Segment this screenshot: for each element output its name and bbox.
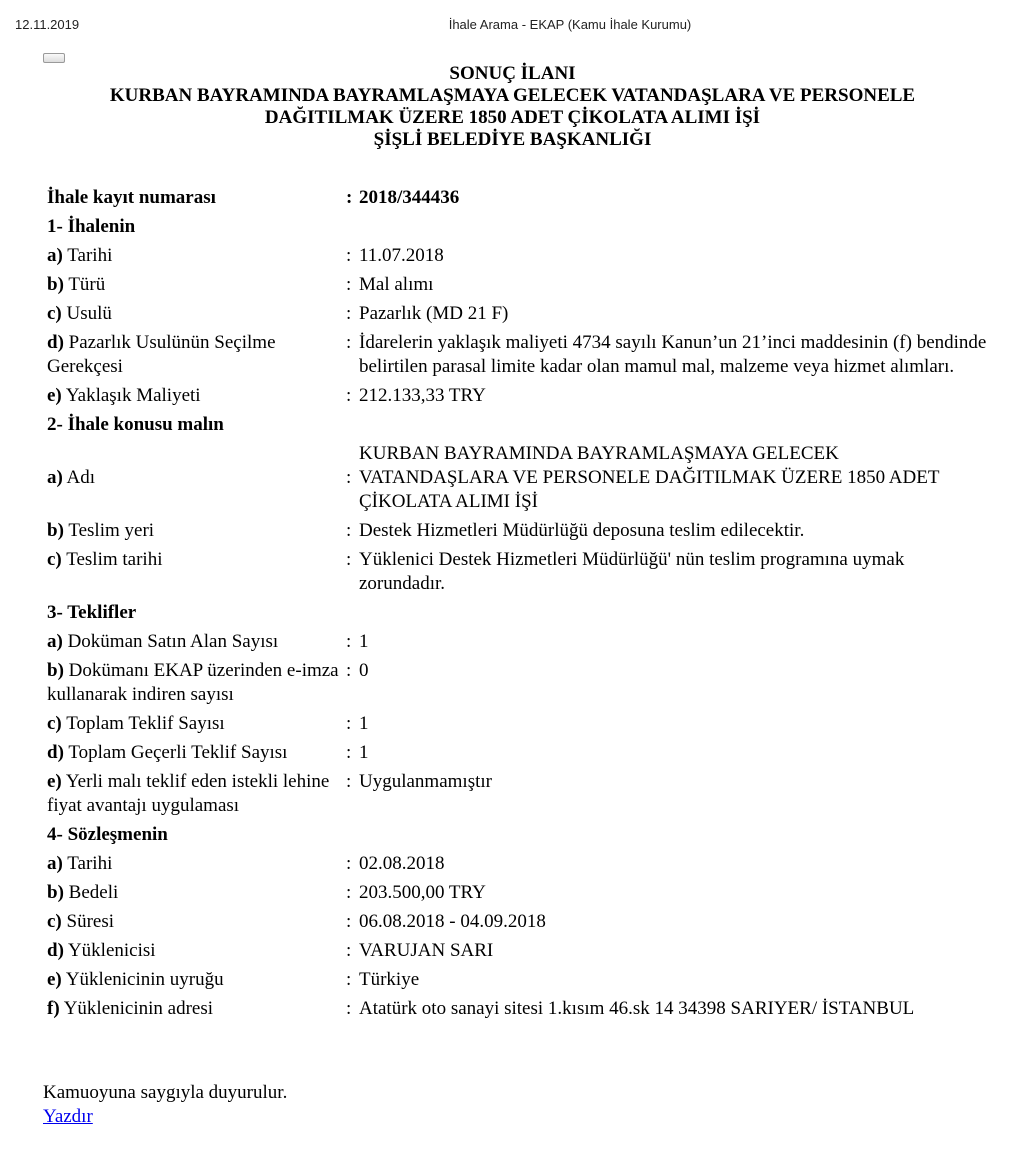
- field-label: a) Doküman Satın Alan Sayısı: [47, 630, 346, 654]
- colon: :: [346, 302, 359, 326]
- colon: :: [346, 519, 359, 543]
- colon: :: [346, 741, 359, 765]
- field-row: d) Toplam Geçerli Teklif Sayısı:1: [47, 741, 987, 765]
- field-letter: d): [47, 940, 64, 961]
- field-letter: e): [47, 771, 62, 792]
- section-heading: 2- İhale konusu malın: [47, 413, 987, 437]
- field-letter: a): [47, 467, 63, 488]
- field-label-text: Tarihi: [67, 853, 112, 874]
- field-letter: b): [47, 520, 64, 541]
- field-row: a) Tarihi:02.08.2018: [47, 852, 987, 876]
- field-letter: c): [47, 713, 62, 734]
- field-value: VARUJAN SARI: [359, 939, 987, 963]
- section-heading: 3- Teklifler: [47, 601, 987, 625]
- collapse-toggle-button[interactable]: [43, 53, 65, 63]
- field-value: 212.133,33 TRY: [359, 384, 987, 408]
- registry-label: İhale kayıt numarası: [47, 186, 346, 210]
- field-row: d) Pazarlık Usulünün Seçilme Gerekçesi:İ…: [47, 331, 987, 379]
- field-label-text: Toplam Teklif Sayısı: [66, 713, 224, 734]
- field-value: 06.08.2018 - 04.09.2018: [359, 910, 987, 934]
- title-line-4: ŞİŞLİ BELEDİYE BAŞKANLIĞI: [0, 129, 1025, 151]
- field-row: e) Yüklenicinin uyruğu:Türkiye: [47, 968, 987, 992]
- announcement-title: SONUÇ İLANI KURBAN BAYRAMINDA BAYRAMLAŞM…: [0, 63, 1025, 151]
- field-letter: c): [47, 549, 62, 570]
- field-value: KURBAN BAYRAMINDA BAYRAMLAŞMAYA GELECEK …: [359, 442, 987, 514]
- field-label: d) Pazarlık Usulünün Seçilme Gerekçesi: [47, 331, 346, 379]
- field-value: Atatürk oto sanayi sitesi 1.kısım 46.sk …: [359, 997, 987, 1021]
- section-heading: 4- Sözleşmenin: [47, 823, 987, 847]
- field-row: c) Teslim tarihi:Yüklenici Destek Hizmet…: [47, 548, 987, 596]
- field-row: c) Usulü:Pazarlık (MD 21 F): [47, 302, 987, 326]
- field-label: c) Teslim tarihi: [47, 548, 346, 596]
- print-page-title: İhale Arama - EKAP (Kamu İhale Kurumu): [0, 17, 1025, 32]
- field-label-text: Doküman Satın Alan Sayısı: [68, 631, 279, 652]
- field-label-text: Süresi: [67, 911, 115, 932]
- colon: :: [346, 997, 359, 1021]
- field-letter: c): [47, 911, 62, 932]
- field-row: b) Türü:Mal alımı: [47, 273, 987, 297]
- field-label-text: Usulü: [67, 303, 112, 324]
- field-letter: c): [47, 303, 62, 324]
- field-label-text: Teslim yeri: [68, 520, 154, 541]
- field-value: Mal alımı: [359, 273, 987, 297]
- sections-container: 1- İhalenina) Tarihi:11.07.2018b) Türü:M…: [47, 215, 987, 1021]
- field-letter: f): [47, 998, 60, 1019]
- field-letter: e): [47, 969, 62, 990]
- field-label-text: Adı: [67, 467, 96, 488]
- colon: :: [346, 881, 359, 905]
- closing-text: Kamuoyuna saygıyla duyurulur.: [43, 1081, 287, 1105]
- title-line-3: DAĞITILMAK ÜZERE 1850 ADET ÇİKOLATA ALIM…: [0, 107, 1025, 129]
- field-label: e) Yüklenicinin uyruğu: [47, 968, 346, 992]
- field-label-text: Pazarlık Usulünün Seçilme Gerekçesi: [47, 332, 276, 377]
- field-label: d) Yüklenicisi: [47, 939, 346, 963]
- field-letter: d): [47, 332, 64, 353]
- field-label: c) Usulü: [47, 302, 346, 326]
- field-label: b) Bedeli: [47, 881, 346, 905]
- field-label-text: Yerli malı teklif eden istekli lehine fi…: [47, 771, 329, 816]
- print-header: 12.11.2019 İhale Arama - EKAP (Kamu İhal…: [0, 17, 1025, 37]
- colon: :: [346, 910, 359, 934]
- field-value: İdarelerin yaklaşık maliyeti 4734 sayılı…: [359, 331, 987, 379]
- field-label: f) Yüklenicinin adresi: [47, 997, 346, 1021]
- colon: :: [346, 630, 359, 654]
- field-label-text: Yüklenicinin adresi: [64, 998, 213, 1019]
- colon: :: [346, 548, 359, 596]
- field-row: d) Yüklenicisi:VARUJAN SARI: [47, 939, 987, 963]
- field-letter: b): [47, 882, 64, 903]
- field-row: a) Adı:KURBAN BAYRAMINDA BAYRAMLAŞMAYA G…: [47, 442, 987, 514]
- field-letter: b): [47, 660, 64, 681]
- field-value: Yüklenici Destek Hizmetleri Müdürlüğü' n…: [359, 548, 987, 596]
- field-label-text: Yüklenicisi: [68, 940, 156, 961]
- field-label: c) Süresi: [47, 910, 346, 934]
- field-value: Uygulanmamıştır: [359, 770, 987, 818]
- field-label: b) Türü: [47, 273, 346, 297]
- field-label-text: Dokümanı EKAP üzerinden e-imza kullanara…: [47, 660, 339, 705]
- field-label: e) Yaklaşık Maliyeti: [47, 384, 346, 408]
- field-letter: d): [47, 742, 64, 763]
- title-line-2: KURBAN BAYRAMINDA BAYRAMLAŞMAYA GELECEK …: [0, 85, 1025, 107]
- field-value: Destek Hizmetleri Müdürlüğü deposuna tes…: [359, 519, 987, 543]
- field-label-text: Bedeli: [69, 882, 119, 903]
- field-label-text: Toplam Geçerli Teklif Sayısı: [68, 742, 287, 763]
- field-letter: b): [47, 274, 64, 295]
- field-row: c) Süresi:06.08.2018 - 04.09.2018: [47, 910, 987, 934]
- field-row: f) Yüklenicinin adresi:Atatürk oto sanay…: [47, 997, 987, 1021]
- field-label: b) Teslim yeri: [47, 519, 346, 543]
- field-label: b) Dokümanı EKAP üzerinden e-imza kullan…: [47, 659, 346, 707]
- field-letter: e): [47, 385, 62, 406]
- section-heading: 1- İhalenin: [47, 215, 987, 239]
- field-row: c) Toplam Teklif Sayısı:1: [47, 712, 987, 736]
- field-value: 02.08.2018: [359, 852, 987, 876]
- field-row: b) Teslim yeri:Destek Hizmetleri Müdürlü…: [47, 519, 987, 543]
- colon: :: [346, 968, 359, 992]
- announcement-content: İhale kayıt numarası : 2018/344436 1- İh…: [47, 186, 987, 1026]
- colon: :: [346, 331, 359, 379]
- field-value: 0: [359, 659, 987, 707]
- field-value: 1: [359, 712, 987, 736]
- field-label-text: Tarihi: [67, 245, 112, 266]
- colon: :: [346, 466, 359, 490]
- field-letter: a): [47, 245, 63, 266]
- field-row: a) Doküman Satın Alan Sayısı:1: [47, 630, 987, 654]
- registry-row: İhale kayıt numarası : 2018/344436: [47, 186, 987, 210]
- colon: :: [346, 939, 359, 963]
- colon: :: [346, 273, 359, 297]
- colon: :: [346, 384, 359, 408]
- field-value: 203.500,00 TRY: [359, 881, 987, 905]
- field-label: a) Tarihi: [47, 852, 346, 876]
- field-row: a) Tarihi:11.07.2018: [47, 244, 987, 268]
- field-row: e) Yaklaşık Maliyeti:212.133,33 TRY: [47, 384, 987, 408]
- print-link[interactable]: Yazdır: [43, 1105, 287, 1129]
- field-value: Pazarlık (MD 21 F): [359, 302, 987, 326]
- colon: :: [346, 244, 359, 268]
- field-label: e) Yerli malı teklif eden istekli lehine…: [47, 770, 346, 818]
- registry-value: 2018/344436: [359, 186, 987, 210]
- closing-block: Kamuoyuna saygıyla duyurulur. Yazdır: [43, 1081, 287, 1129]
- field-letter: a): [47, 853, 63, 874]
- field-label-text: Türü: [68, 274, 105, 295]
- field-label-text: Yüklenicinin uyruğu: [66, 969, 224, 990]
- field-letter: a): [47, 631, 63, 652]
- colon: :: [346, 659, 359, 707]
- field-row: e) Yerli malı teklif eden istekli lehine…: [47, 770, 987, 818]
- field-label-text: Yaklaşık Maliyeti: [66, 385, 201, 406]
- colon: :: [346, 852, 359, 876]
- field-label: d) Toplam Geçerli Teklif Sayısı: [47, 741, 346, 765]
- colon: :: [346, 186, 359, 210]
- field-label: a) Tarihi: [47, 244, 346, 268]
- colon: :: [346, 770, 359, 818]
- field-value: 11.07.2018: [359, 244, 987, 268]
- colon: :: [346, 712, 359, 736]
- field-label: c) Toplam Teklif Sayısı: [47, 712, 346, 736]
- field-row: b) Dokümanı EKAP üzerinden e-imza kullan…: [47, 659, 987, 707]
- field-value: 1: [359, 630, 987, 654]
- field-value: 1: [359, 741, 987, 765]
- field-label-text: Teslim tarihi: [66, 549, 162, 570]
- title-line-1: SONUÇ İLANI: [0, 63, 1025, 85]
- field-label: a) Adı: [47, 466, 346, 490]
- field-row: b) Bedeli:203.500,00 TRY: [47, 881, 987, 905]
- field-value: Türkiye: [359, 968, 987, 992]
